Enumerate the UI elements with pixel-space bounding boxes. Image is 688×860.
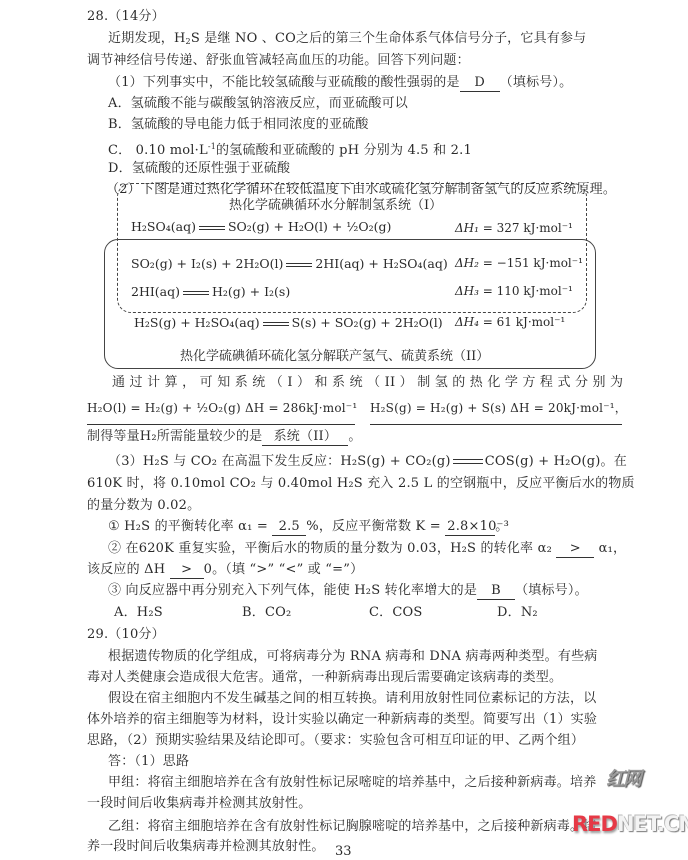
rednet-logo-icon: 红网 (606, 764, 640, 791)
q28-intro-line1: 近期发现，H2S 是继 NO 、CO之后的第三个生命体系气体信号分子，它具有参与 (108, 30, 586, 50)
delta-h-1: ΔH₁ = 327 kJ·mol⁻¹ (455, 221, 573, 235)
q28-option-d: D．N₂ (497, 604, 538, 621)
q29-group-a-line1: 甲组：将宿主细胞培养在含有放射性标记尿嘧啶的培养基中，之后接种新病毒。培养 (108, 774, 596, 791)
system2-title: 热化学硫碘循环硫化氢分解联产氢气、硫黄系统（II） (180, 345, 489, 364)
q29-para2-line3: 思路，（2）预期实验结果及结论即可。（要求：实验包含可相互印证的甲、乙两个组） (87, 732, 584, 749)
q28-part3-q3: ③ 向反应器中再分别充入下列气体，能使 H₂S 转化率增大的是B（填标号）。 (108, 582, 588, 600)
q28-part1-prompt: （1）下列事实中，不能比较氢硫酸与亚硫酸的酸性强弱的是D（填标号）。 (108, 74, 572, 92)
equals-arrow (199, 226, 225, 230)
reaction-1: H₂SO₄(aq)SO₂(g) + H₂O(l) + ½O₂(g) (131, 219, 391, 234)
reaction-2: SO₂(g) + I₂(s) + 2H₂O(l)2HI(aq) + H₂SO₄(… (131, 256, 448, 271)
q28-part3-line3: 的量分数为 0.02。 (87, 497, 200, 514)
answer-blank: 2.8×10⁻³ (445, 518, 495, 536)
answer-blank: > (556, 540, 594, 558)
q28-part3-prompt: （3）H₂S 与 CO₂ 在高温下发生反应：H₂S(g) + CO₂(g)COS… (108, 453, 627, 470)
q29-para1-line2: 毒对人类健康会造成很大危害。通常，一种新病毒出现后需要确定该病毒的类型。 (87, 669, 562, 686)
answer-blank: > (170, 561, 204, 579)
equals-arrow (263, 322, 289, 326)
q28-part3-q1: ① H₂S 的平衡转化率 α₁ = 2.5%，反应平衡常数 K = 2.8×10… (108, 518, 508, 536)
q29-header: 29.（10分） (87, 626, 165, 643)
q29-para1-line1: 根据遗传物质的化学组成，可将病毒分为 RNA 病毒和 DNA 病毒两种类型。有些… (108, 648, 597, 665)
q28-option-a: A．H₂S (114, 604, 163, 621)
answer-blank: 系统（II） (262, 428, 348, 446)
page-number: 33 (335, 844, 352, 859)
q29-para2-line1: 假设在宿主细胞内不发生碱基之间的相互转换。请利用放射性同位素标记的方法，以 (108, 690, 596, 707)
system1-answer-equation: H₂O(l) = H₂(g) + ½O₂(g) ΔH = 286kJ·mol⁻¹ (87, 400, 357, 417)
q28-option-c: C．COS (369, 604, 422, 621)
q28-part3-q2-line2: 该反应的 ΔH >0。（填 “>” “<” 或 “=”） (87, 561, 363, 579)
answer-underline (370, 424, 622, 425)
q28-header: 28.（14分） (87, 8, 165, 25)
q28-part2-conclusion: 制得等量H₂所需能量较少的是系统（II）。 (87, 428, 362, 446)
equals-arrow (286, 263, 312, 267)
answer-blank: B (477, 582, 515, 600)
reversible-arrow-icon (453, 458, 483, 466)
q29-group-b-line1: 乙组：将宿主细胞培养在含有放射性标记胸腺嘧啶的培养基中，之后接种新病毒。培 (108, 818, 596, 835)
q28-part3-q2: ② 在620K 重复实验，平衡后水的物质的量分数为 0.03，H₂S 的转化率 … (108, 540, 626, 558)
q28-part3-line2: 610K 时，将 0.10mol CO₂ 与 0.40mol H₂S 充入 2.… (87, 475, 635, 492)
q29-answer-head: 答：（1）思路 (108, 753, 189, 770)
option-d: D．氢硫酸的还原性强于亚硫酸 (108, 160, 290, 177)
q29-group-b-line2: 养一段时间后收集病毒并检测其放射性。 (87, 838, 325, 855)
answer-blank: 2.5 (272, 518, 306, 536)
q29-para2-line2: 体外培养的宿主细胞等为材料，设计实验以确定一种新病毒的类型。简要写出（1）实验 (87, 711, 597, 728)
delta-h-3: ΔH₃ = 110 kJ·mol⁻¹ (455, 284, 573, 298)
q28-intro-line2: 调节神经信号传递、舒张血管减轻高血压的功能。回答下列问题： (87, 52, 470, 69)
exam-page: 28.（14分） 近期发现，H2S 是继 NO 、CO之后的第三个生命体系气体信… (0, 0, 688, 860)
option-b: B．氢硫酸的导电能力低于相同浓度的亚硫酸 (108, 116, 369, 133)
reaction-4: H₂S(g) + H₂SO₄(aq)S(s) + SO₂(g) + 2H₂O(l… (134, 315, 443, 330)
option-a: A．氢硫酸不能与碳酸氢钠溶液反应，而亚硫酸可以 (108, 95, 408, 112)
delta-h-2: ΔH₂ = −151 kJ·mol⁻¹ (455, 256, 583, 270)
answer-blank: D (460, 74, 500, 92)
equals-arrow (183, 291, 209, 295)
system1-title: 热化学硫碘循环水分解制氢系统（I） (229, 194, 442, 213)
q29-group-a-line2: 一段时间后收集病毒并检测其放射性。 (87, 795, 311, 812)
reaction-3: 2HI(aq)H₂(g) + I₂(s) (131, 284, 290, 299)
delta-h-4: ΔH₄ = 61 kJ·mol⁻¹ (455, 315, 565, 329)
q28-part2-calc-text: 通 过 计 算 ， 可 知 系 统 （ I ） 和 系 统 （ II ） 制 氢… (112, 374, 623, 391)
q28-option-b: B．CO₂ (242, 604, 291, 621)
system2-answer-equation: H₂S(g) = H₂(g) + S(s) ΔH = 20kJ·mol⁻¹， (370, 400, 627, 417)
option-c: C． 0.10 mol·L-1的氢硫酸和亚硫酸的 pH 分别为 4.5 和 2.… (108, 138, 472, 159)
answer-underline (87, 424, 355, 425)
rednet-watermark: REDNET.CN (572, 812, 688, 836)
